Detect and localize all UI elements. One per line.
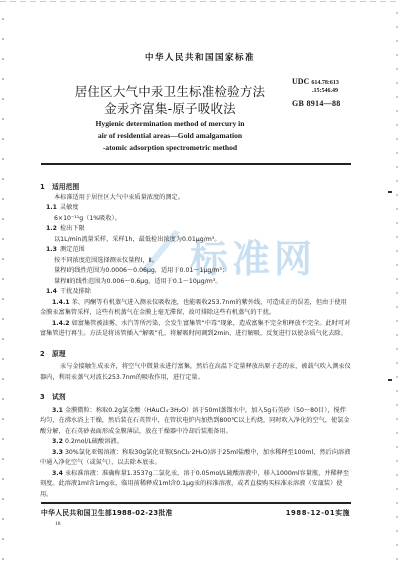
subsection-heading-1-2: 1.2检出下限: [40, 224, 352, 235]
subsection-title: 干扰及排除: [60, 288, 91, 295]
section-heading-1: 1适用范围: [40, 182, 352, 193]
title-en-line1: Hygienic determination method of mercury…: [70, 118, 270, 130]
clause-text: 30%氯化亚锡溶液：称取30g氯化亚锡(SnCl₂·2H₂O)溶于25ml盐酸中…: [40, 449, 350, 467]
subsection-1-1-text: 6×10⁻¹¹g（1%吸收）。: [40, 214, 352, 225]
subsection-number: 1.3: [46, 245, 60, 256]
clause-text: 0.2mol/L硫酸溶液。: [65, 438, 123, 445]
subsection-number: 1.4: [46, 287, 60, 298]
scan-edge-top: [0, 1, 400, 2]
udc-code-line1: 614.78:613: [311, 80, 339, 86]
clause-text: 汞标准溶液：准确称量1.3537g二氯化汞，溶于0.05mol/L硫酸溶液中，移…: [40, 470, 349, 498]
section-number: 3: [40, 392, 52, 403]
footer-divider: [41, 502, 351, 504]
clause-number: 1.4.2: [52, 320, 70, 327]
section-number: 1: [40, 182, 52, 193]
scan-mark: [388, 379, 392, 381]
section-heading-2: 2原理: [40, 349, 352, 360]
title-en-line3: -atomic adsorption spectrometric method: [70, 142, 270, 154]
subsection-1-2-text: 以1L/min流量采样，采样1h，最低检出浓度为0.01μg/m³。: [40, 235, 352, 246]
title-en-line2: air of residential areas—Gold amalgamati…: [70, 130, 270, 142]
scan-edge-left: [2, 0, 4, 562]
scan-mark: [388, 191, 392, 193]
header-divider: [41, 163, 351, 165]
section-heading-3: 3试剂: [40, 392, 352, 403]
approval-date: 中华人民共和国卫生部1988-02-23批准: [41, 507, 173, 517]
clause-number: 3.1: [52, 407, 63, 414]
country-standard-label: 中华人民共和国国家标准: [0, 51, 400, 63]
subsection-title: 灵敏度: [60, 204, 79, 211]
subsection-number: 1.2: [46, 224, 60, 235]
scan-edge-right: [396, 0, 398, 562]
subsection-number: 1.1: [46, 203, 60, 214]
clause-1-4-2: 1.4.2 如富集管被油雾、水汽等所污染，会发生富集管“中毒”现象，造成富集不完…: [40, 319, 352, 340]
clause-text: 如富集管被油雾、水汽等所污染，会发生富集管“中毒”现象，造成富集不完全和释放不完…: [40, 320, 350, 338]
clause-3-1: 3.1 金膜微粒：称取0.2g氯金酸（HAuCl₄·3H₂O）溶于50ml蒸馏水…: [40, 406, 352, 438]
subsection-title: 检出下限: [60, 225, 85, 232]
subsection-heading-1-1: 1.1灵敏度: [40, 203, 352, 214]
clause-number: 3.3: [52, 449, 63, 456]
subsection-heading-1-4: 1.4干扰及排除: [40, 287, 352, 298]
clause-text: 苯、丙酮等有机蒸气进入测汞仪吸收池，也能吸收253.7nm的紫外线，可造成正的误…: [40, 299, 347, 317]
udc-classification: UDC 614.78:613 .15:546.49: [292, 78, 339, 95]
clause-3-3: 3.3 30%氯化亚锡溶液：称取30g氯化亚锡(SnCl₂·2H₂O)溶于25m…: [40, 448, 352, 469]
document-title-en: Hygienic determination method of mercury…: [70, 118, 270, 154]
clause-3-4: 3.4 汞标准溶液：准确称量1.3537g二氯化汞，溶于0.05mol/L硫酸溶…: [40, 469, 352, 501]
section-2-text: 汞与金接触生成汞齐，将空气中微量汞进行富集，然后在高温下定量释放出原子态的汞，被…: [40, 362, 352, 383]
section-number: 2: [40, 349, 52, 360]
subsection-1-3-text2: 量程Ⅰ的线性范围为0.0006～0.06μg，适用于0.01～1μg/m³；: [40, 266, 352, 277]
subsection-heading-1-3: 1.3测定范围: [40, 245, 352, 256]
clause-1-4-1: 1.4.1 苯、丙酮等有机蒸气进入测汞仪吸收池，也能吸收253.7nm的紫外线，…: [40, 298, 352, 319]
implementation-date: 1988-12-01实施: [286, 507, 350, 517]
subsection-title: 测定范围: [60, 246, 85, 253]
page-number: 18: [55, 521, 61, 527]
udc-label: UDC: [292, 77, 309, 86]
document-body: 1适用范围 本标准适用于居住区大气中汞质量浓度的测定。 1.1灵敏度 6×10⁻…: [40, 179, 352, 500]
clause-text: 金膜微粒：称取0.2g氯金酸（HAuCl₄·3H₂O）溶于50ml蒸馏水中，加入…: [40, 407, 350, 435]
document-title-cn-line1: 居住区大气中汞卫生标准检验方法: [60, 82, 280, 100]
clause-number: 3.4: [52, 470, 63, 477]
udc-code-line2: .15:546.49: [292, 87, 339, 95]
clause-3-2: 3.2 0.2mol/L硫酸溶液。: [40, 437, 352, 448]
section-title: 适用范围: [52, 183, 79, 191]
section-title: 原理: [52, 350, 66, 358]
section-title: 试剂: [52, 393, 66, 401]
gb-standard-number: GB 8914—88: [292, 99, 341, 108]
document-title-cn-line2: 金汞齐富集-原子吸收法: [60, 99, 280, 117]
clause-number: 1.4.1: [52, 299, 70, 306]
clause-number: 3.2: [52, 438, 63, 445]
section-1-intro: 本标准适用于居住区大气中汞质量浓度的测定。: [40, 193, 352, 204]
subsection-1-3-text1: 按不同浓度范围选择测汞仪量程Ⅰ，Ⅱ。: [40, 256, 352, 267]
subsection-1-3-text3: 量程Ⅱ的线性范围为0.006～0.6μg，适用于0.1～10μg/m³。: [40, 277, 352, 288]
